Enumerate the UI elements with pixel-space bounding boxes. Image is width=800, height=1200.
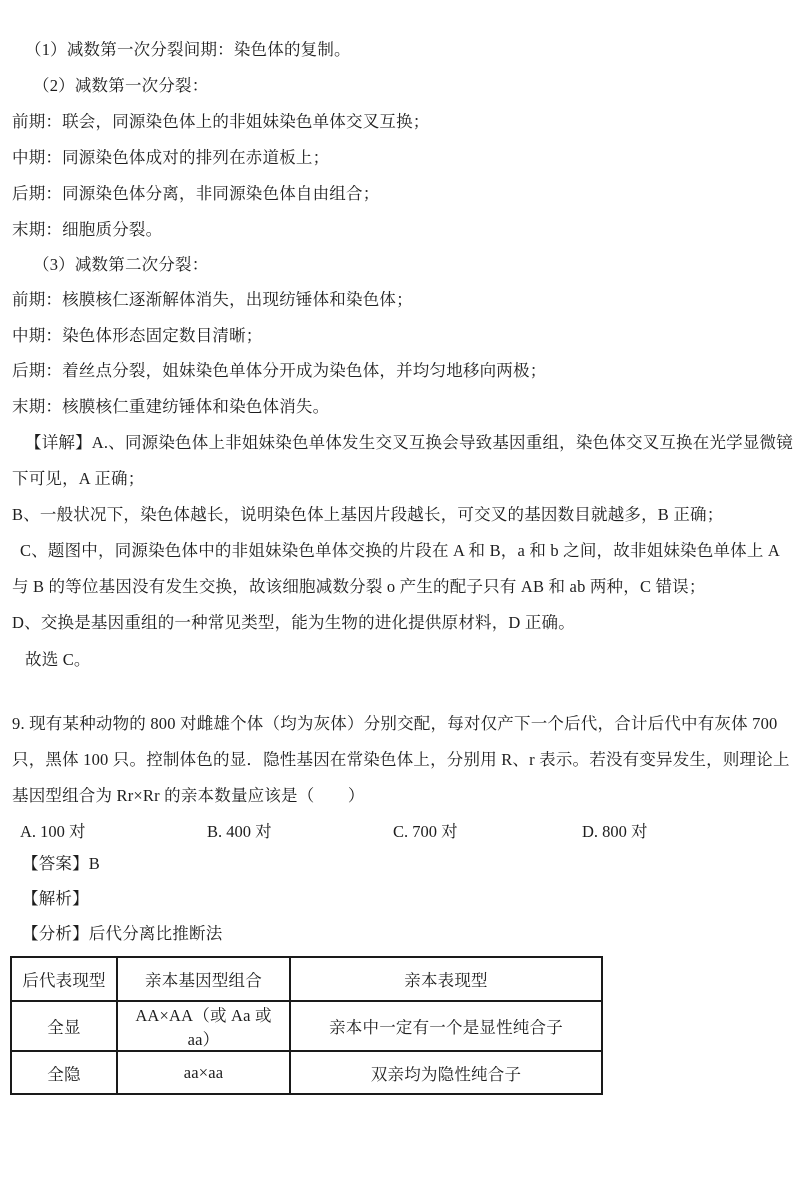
- note-line-5: 后期：同源染色体分离，非同源染色体自由组合；: [12, 184, 379, 204]
- note-line-7: （3）减数第二次分裂：: [33, 255, 208, 275]
- table-header-parent-genotype: 亲本基因型组合: [117, 957, 290, 1001]
- note-line-8: 前期：核膜核仁逐渐解体消失，出现纺锤体和染色体；: [12, 290, 413, 310]
- explanation-line-3: B、一般状况下，染色体越长，说明染色体上基因片段越长，可交叉的基因数目就越多，B…: [12, 505, 723, 525]
- option-d: D. 800 对: [582, 822, 648, 842]
- note-line-10: 后期：着丝点分裂，姐妹染色单体分开成为染色体，并均匀地移向两极；: [12, 361, 546, 381]
- table-cell-all-dominant-note: 亲本中一定有一个是显性纯合子: [290, 1001, 602, 1051]
- option-c: C. 700 对: [393, 822, 458, 842]
- table-header-parent-phenotype: 亲本表现型: [290, 957, 602, 1001]
- note-line-9: 中期：染色体形态固定数目清晰；: [12, 326, 263, 346]
- question9-options-row: A. 100 对 B. 400 对 C. 700 对 D. 800 对: [0, 822, 800, 842]
- answer-line: 【答案】B: [22, 854, 100, 874]
- table-header-offspring-phenotype: 后代表现型: [11, 957, 117, 1001]
- table-cell-all-dominant-genotype: AA×AA（或 Aa 或 aa）: [117, 1001, 290, 1051]
- explanation-line-5: 与 B 的等位基因没有发生交换，故该细胞减数分裂 o 产生的配子只有 AB 和 …: [12, 577, 706, 597]
- explanation-line-1: 【详解】A.、同源染色体上非姐妹染色单体发生交叉互换会导致基因重组，染色体交叉互…: [25, 433, 793, 453]
- explanation-line-6: D、交换是基因重组的一种常见类型，能为生物的进化提供原材料，D 正确。: [12, 613, 575, 633]
- option-a: A. 100 对: [20, 822, 86, 842]
- table-row: 全显 AA×AA（或 Aa 或 aa） 亲本中一定有一个是显性纯合子: [11, 1001, 602, 1051]
- note-line-3: 前期：联会，同源染色体上的非姐妹染色单体交叉互换；: [12, 112, 430, 132]
- analysis-header-line: 【解析】: [22, 889, 89, 909]
- note-line-6: 末期：细胞质分裂。: [12, 220, 162, 240]
- table-header-row: 后代表现型 亲本基因型组合 亲本表现型: [11, 957, 602, 1001]
- explanation-line-2: 下可见，A 正确；: [12, 469, 144, 489]
- note-line-2: （2）减数第一次分裂：: [33, 76, 208, 96]
- note-line-1: （1）减数第一次分裂间期：染色体的复制。: [25, 40, 351, 60]
- table-cell-all-recessive-label: 全隐: [11, 1051, 117, 1094]
- option-b: B. 400 对: [207, 822, 272, 842]
- question9-stem-line-2: 只，黑体 100 只。控制体色的显．隐性基因在常染色体上，分别用 R、r 表示。…: [12, 750, 790, 770]
- conclusion-line: 故选 C。: [25, 650, 91, 670]
- genotype-inference-table: 后代表现型 亲本基因型组合 亲本表现型 全显 AA×AA（或 Aa 或 aa） …: [10, 956, 603, 1095]
- analysis-line: 【分析】后代分离比推断法: [22, 924, 222, 944]
- note-line-4: 中期：同源染色体成对的排列在赤道板上；: [12, 148, 329, 168]
- question9-stem-line-1: 9. 现有某种动物的 800 对雌雄个体（均为灰体）分别交配，每对仅产下一个后代…: [12, 714, 777, 734]
- explanation-line-4: C、题图中，同源染色体中的非姐妹染色单体交换的片段在 A 和 B，a 和 b 之…: [20, 541, 780, 561]
- question9-stem-line-3: 基因型组合为 Rr×Rr 的亲本数量应该是（ ）: [12, 786, 365, 806]
- table-cell-all-dominant-label: 全显: [11, 1001, 117, 1051]
- exam-document-page: （1）减数第一次分裂间期：染色体的复制。 （2）减数第一次分裂： 前期：联会，同…: [0, 0, 800, 1200]
- table-row: 全隐 aa×aa 双亲均为隐性纯合子: [11, 1051, 602, 1094]
- note-line-11: 末期：核膜核仁重建纺锤体和染色体消失。: [12, 397, 329, 417]
- table-cell-all-recessive-genotype: aa×aa: [117, 1051, 290, 1094]
- table-cell-all-recessive-note: 双亲均为隐性纯合子: [290, 1051, 602, 1094]
